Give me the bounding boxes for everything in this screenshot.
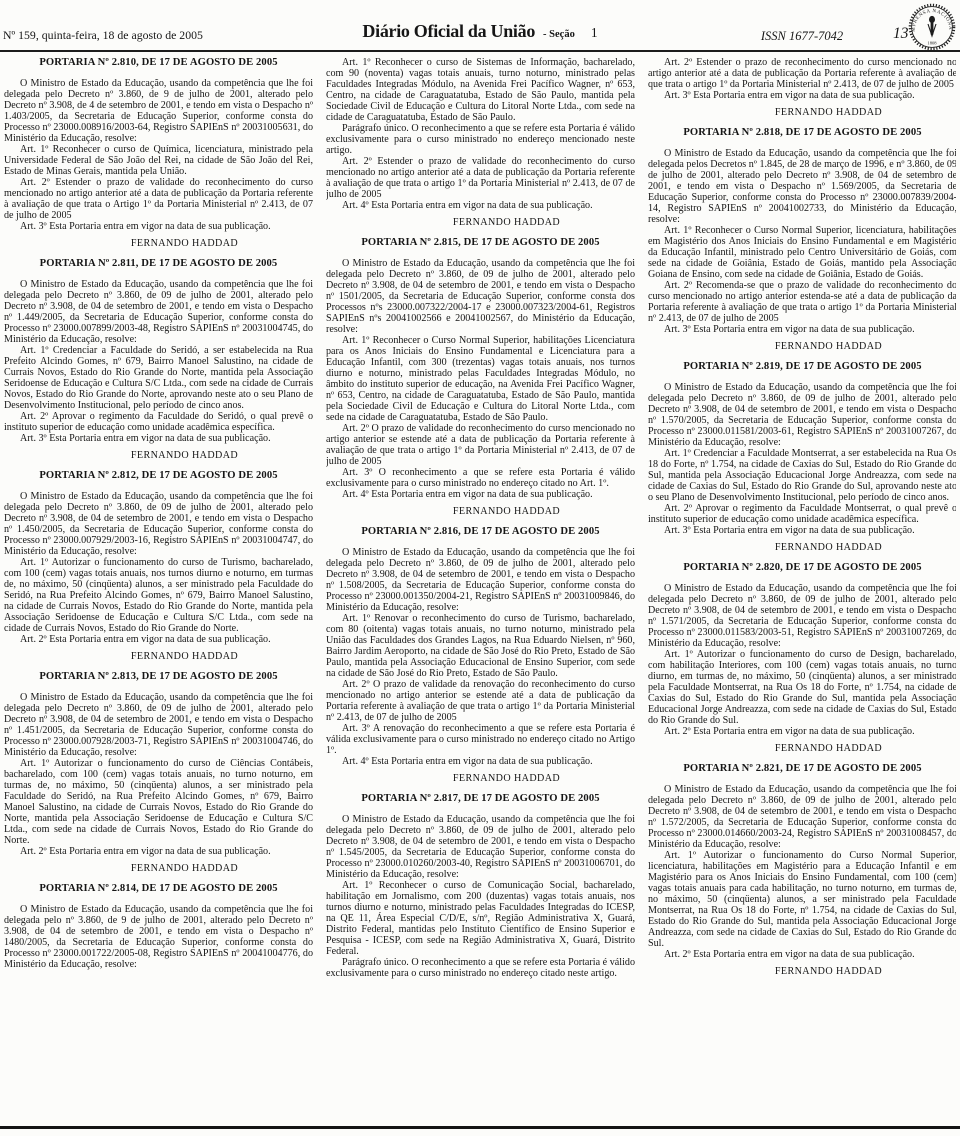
column-3: Art. 2º Estender o prazo de reconhecimen… (648, 57, 956, 1126)
signature-name: FERNANDO HADDAD (4, 651, 313, 662)
portaria-title: PORTARIA Nº 2.819, DE 17 DE AGOSTO DE 20… (648, 361, 956, 373)
masthead-title: Diário Oficial da União (362, 21, 535, 41)
paragraph: Art. 3º Esta Portaria entra em vigor na … (648, 324, 956, 335)
paragraph: Art. 1º Autorizar o funcionamento do Cur… (648, 850, 956, 949)
bottom-divider (0, 1126, 960, 1129)
paragraph: O Ministro de Estado da Educação, usando… (648, 382, 956, 448)
paragraph: Art. 3º Esta Portaria entra em vigor na … (648, 525, 956, 536)
paragraph: Art. 1º Reconhecer o Curso Normal Superi… (648, 225, 956, 280)
paragraph: Art. 2º Estender o prazo de validade do … (326, 156, 635, 200)
masthead-section-label: - Seção (543, 29, 575, 40)
signature-name: FERNANDO HADDAD (648, 341, 956, 352)
portaria-title: PORTARIA Nº 2.810, DE 17 DE AGOSTO DE 20… (4, 57, 313, 69)
issn-label: ISSN 1677-7042 (742, 29, 862, 44)
edition-info: Nº 159, quinta-feira, 18 de agosto de 20… (3, 28, 203, 43)
paragraph: Art. 1º Autorizar o funcionamento do cur… (4, 758, 313, 846)
paragraph: Art. 1º Renovar o reconhecimento do curs… (326, 613, 635, 679)
portaria-title: PORTARIA Nº 2.812, DE 17 DE AGOSTO DE 20… (4, 470, 313, 482)
paragraph: O Ministro de Estado da Educação, usando… (326, 547, 635, 613)
signature-name: FERNANDO HADDAD (648, 743, 956, 754)
paragraph: O Ministro de Estado da Educação, usando… (4, 904, 313, 970)
paragraph: Art. 1º Credenciar a Faculdade Montserra… (648, 448, 956, 503)
paragraph: Art. 2º O prazo de validade da renovação… (326, 679, 635, 723)
column-1: PORTARIA Nº 2.810, DE 17 DE AGOSTO DE 20… (4, 57, 313, 1126)
paragraph: O Ministro de Estado da Educação, usando… (4, 279, 313, 345)
imprensa-nacional-seal-icon: IMPRENSA NACIONAL 1808 (908, 2, 956, 50)
paragraph: Art. 2º Esta Portaria entra em vigor na … (4, 846, 313, 857)
paragraph: Art. 2º Aprovar o regimento da Faculdade… (4, 411, 313, 433)
column-2: Art. 1º Reconhecer o curso de Sistemas d… (326, 57, 635, 1126)
paragraph: Art. 4º Esta Portaria entra em vigor na … (326, 489, 635, 500)
paragraph: Art. 2º Aprovar o regimento da Faculdade… (648, 503, 956, 525)
signature-name: FERNANDO HADDAD (326, 773, 635, 784)
paragraph: Art. 2º Esta Portaria entra em vigor na … (648, 726, 956, 737)
paragraph: Art. 3º Esta Portaria entra em vigor na … (4, 221, 313, 232)
paragraph: Art. 3º Esta Portaria entra em vigor na … (4, 433, 313, 444)
paragraph: O Ministro de Estado da Educação, usando… (648, 784, 956, 850)
page-header: Nº 159, quinta-feira, 18 de agosto de 20… (0, 0, 960, 50)
paragraph: Art. 2º Estender o prazo de reconhecimen… (648, 57, 956, 90)
paragraph: Art. 1º Credenciar a Faculdade do Seridó… (4, 345, 313, 411)
header-divider (0, 50, 960, 52)
paragraph: Art. 2º Recomenda-se que o prazo de vali… (648, 280, 956, 324)
paragraph: Art. 1º Autorizar o funcionamento do cur… (4, 557, 313, 634)
gazette-page: Nº 159, quinta-feira, 18 de agosto de 20… (0, 0, 960, 1136)
portaria-title: PORTARIA Nº 2.815, DE 17 DE AGOSTO DE 20… (326, 237, 635, 249)
signature-name: FERNANDO HADDAD (648, 107, 956, 118)
paragraph: Art. 3º O reconhecimento a que se refere… (326, 467, 635, 489)
portaria-title: PORTARIA Nº 2.820, DE 17 DE AGOSTO DE 20… (648, 562, 956, 574)
signature-name: FERNANDO HADDAD (326, 217, 635, 228)
portaria-title: PORTARIA Nº 2.816, DE 17 DE AGOSTO DE 20… (326, 526, 635, 538)
seal-year: 1808 (927, 41, 937, 46)
paragraph: Art. 1º Reconhecer o curso de Sistemas d… (326, 57, 635, 123)
portaria-title: PORTARIA Nº 2.814, DE 17 DE AGOSTO DE 20… (4, 883, 313, 895)
paragraph: Art. 2º O prazo de validade do reconheci… (326, 423, 635, 467)
paragraph: Art. 1º Reconhecer o curso de Comunicaçã… (326, 880, 635, 957)
page-number: 13 (893, 25, 909, 43)
paragraph: Art. 4º Esta Portaria entra em vigor na … (326, 200, 635, 211)
portaria-title: PORTARIA Nº 2.813, DE 17 DE AGOSTO DE 20… (4, 671, 313, 683)
paragraph: O Ministro de Estado da Educação, usando… (648, 148, 956, 225)
masthead: Diário Oficial da União - Seção 1 (280, 21, 680, 42)
signature-name: FERNANDO HADDAD (648, 966, 956, 977)
paragraph: Art. 1º Autorizar o funcionamento do cur… (648, 649, 956, 726)
portaria-title: PORTARIA Nº 2.818, DE 17 DE AGOSTO DE 20… (648, 127, 956, 139)
portaria-title: PORTARIA Nº 2.817, DE 17 DE AGOSTO DE 20… (326, 793, 635, 805)
signature-name: FERNANDO HADDAD (4, 238, 313, 249)
portaria-title: PORTARIA Nº 2.811, DE 17 DE AGOSTO DE 20… (4, 258, 313, 270)
paragraph: Art. 4º Esta Portaria entra em vigor na … (326, 756, 635, 767)
paragraph: O Ministro de Estado da Educação, usando… (4, 78, 313, 144)
paragraph: O Ministro de Estado da Educação, usando… (4, 491, 313, 557)
paragraph: O Ministro de Estado da Educação, usando… (326, 258, 635, 335)
paragraph: Parágrafo único. O reconhecimento a que … (326, 123, 635, 156)
paragraph: O Ministro de Estado da Educação, usando… (4, 692, 313, 758)
masthead-section-number: 1 (591, 25, 598, 40)
paragraph: O Ministro de Estado da Educação, usando… (648, 583, 956, 649)
paragraph: Art. 3º A renovação do reconhecimento a … (326, 723, 635, 756)
signature-name: FERNANDO HADDAD (4, 863, 313, 874)
signature-name: FERNANDO HADDAD (648, 542, 956, 553)
signature-name: FERNANDO HADDAD (4, 450, 313, 461)
paragraph: Parágrafo único. O reconhecimento a que … (326, 957, 635, 979)
paragraph: Art. 1º Reconhecer o Curso Normal Superi… (326, 335, 635, 423)
paragraph: Art. 2º Esta Portaria entra em vigor na … (4, 634, 313, 645)
paragraph: Art. 2º Estender o prazo de validade do … (4, 177, 313, 221)
paragraph: Art. 3º Esta Portaria entra em vigor na … (648, 90, 956, 101)
portaria-title: PORTARIA Nº 2.821, DE 17 DE AGOSTO DE 20… (648, 763, 956, 775)
paragraph: Art. 2º Esta Portaria entra em vigor na … (648, 949, 956, 960)
paragraph: Art. 1º Reconhecer o curso de Química, l… (4, 144, 313, 177)
signature-name: FERNANDO HADDAD (326, 506, 635, 517)
paragraph: O Ministro de Estado da Educação, usando… (326, 814, 635, 880)
content-columns: PORTARIA Nº 2.810, DE 17 DE AGOSTO DE 20… (4, 57, 956, 1126)
